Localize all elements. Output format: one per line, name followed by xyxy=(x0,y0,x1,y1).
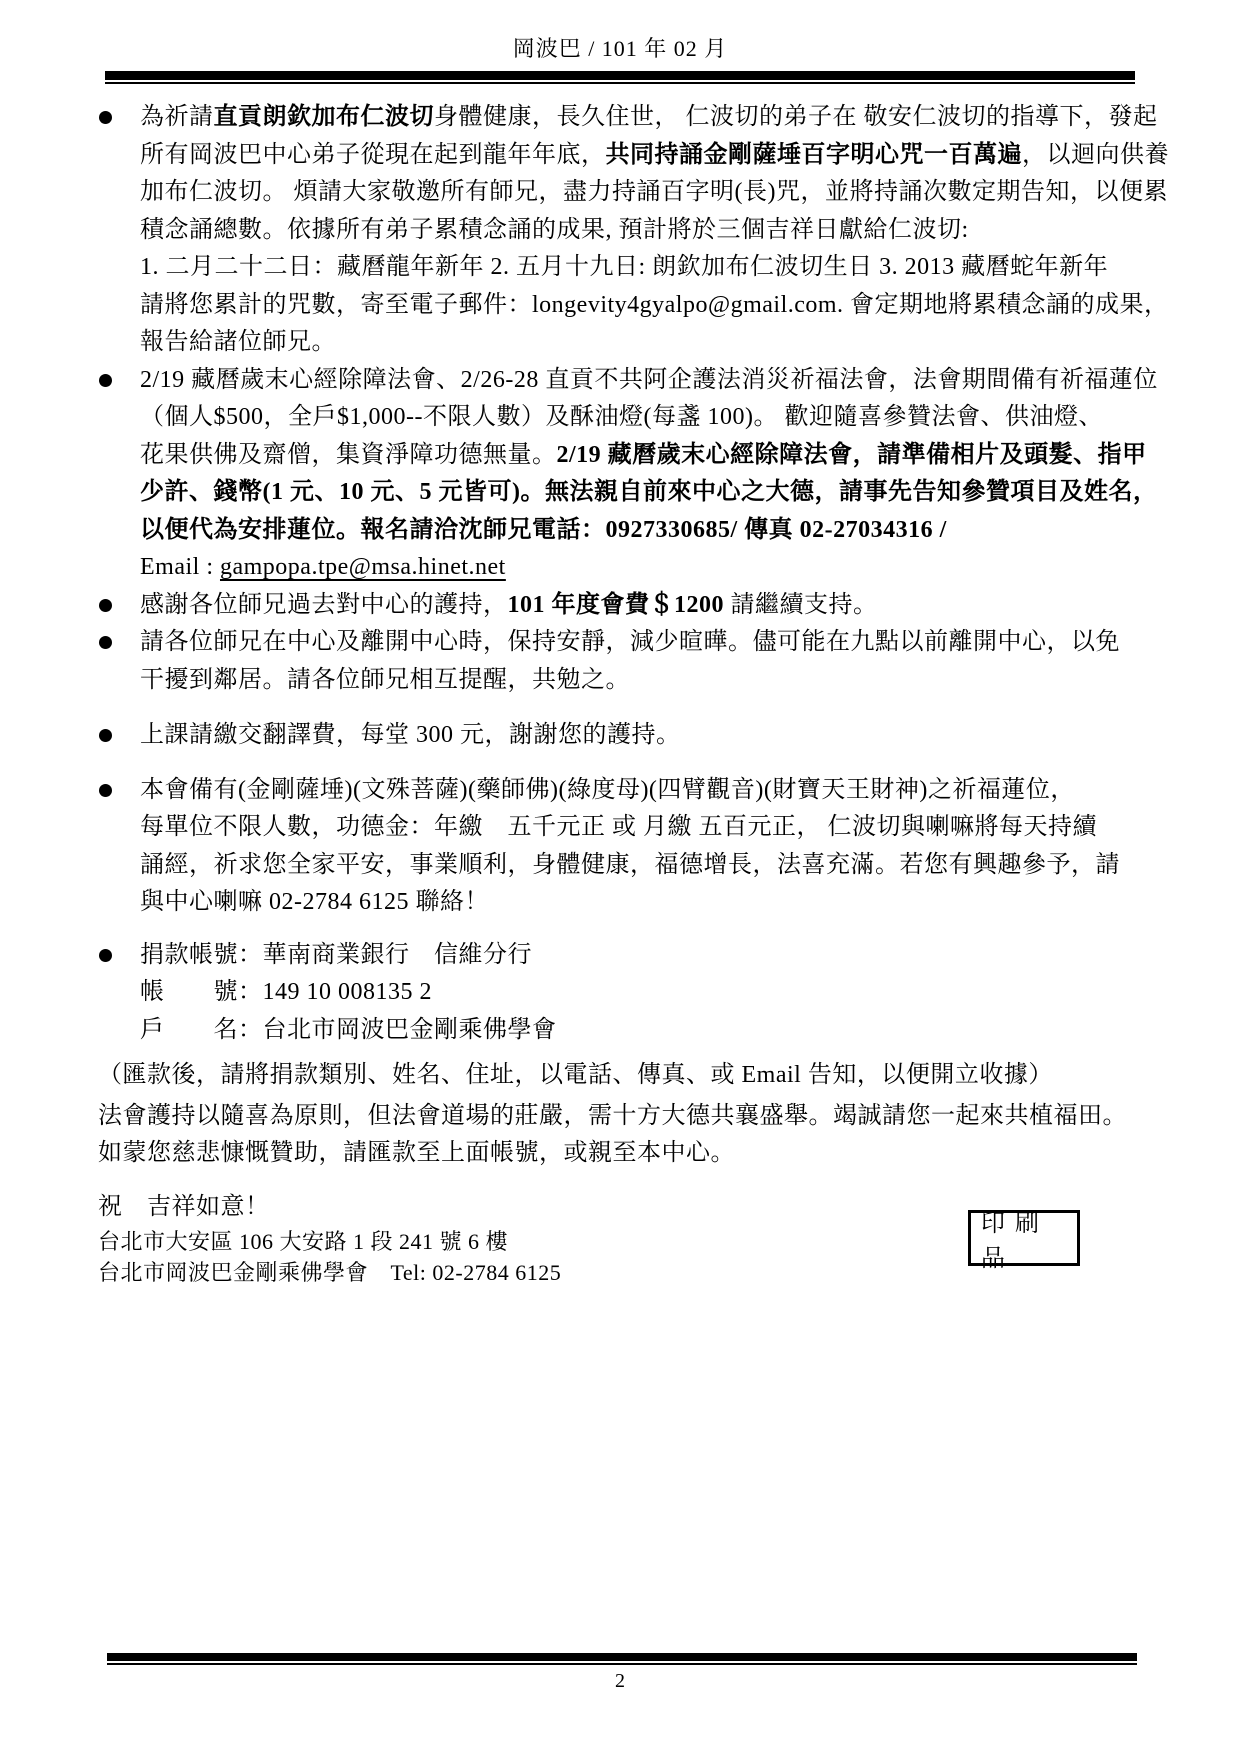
text-line: 為祈請直貢朗欽加布仁波切身體健康，長久住世， 仁波切的弟子在 敬安仁波切的指導下… xyxy=(140,99,1180,137)
notice-longevity-practice: 為祈請直貢朗欽加布仁波切身體健康，長久住世， 仁波切的弟子在 敬安仁波切的指導下… xyxy=(140,99,1180,362)
bullet-icon xyxy=(99,111,112,124)
text-line: 與中心喇嘛 02-2784 6125 聯絡！ xyxy=(140,884,1180,922)
text-run: （匯款後，請將捐款類別、姓名、住址，以電話、傳真、或 Email 告知，以便開立… xyxy=(98,1062,1053,1088)
notice-quiet: 請各位師兄在中心及離開中心時，保持安靜，減少暄曄。儘可能在九點以前離開中心，以免… xyxy=(140,624,1180,699)
text-line: 捐款帳號：華南商業銀行 信維分行 xyxy=(140,937,1180,975)
text-run: （個人$500，全戶$1,000--不限人數）及酥油燈(每盞 100)。 歡迎隨… xyxy=(140,404,1103,430)
document-body: 為祈請直貢朗欽加布仁波切身體健康，長久住世， 仁波切的弟子在 敬安仁波切的指導下… xyxy=(0,84,1240,1288)
notice-donation-account: 捐款帳號：華南商業銀行 信維分行帳 號：149 10 008135 2戶 名：台… xyxy=(140,937,1180,1050)
text-run: 如蒙您慈悲慷慨贊助，請匯款至上面帳號，或親至本中心。 xyxy=(98,1140,735,1166)
bullet-icon xyxy=(99,374,112,387)
text-run: 與中心喇嘛 02-2784 6125 聯絡！ xyxy=(140,889,489,915)
text-line: 以便代為安排蓮位。報名請洽沈師兄電話：0927330685/ 傳真 02-270… xyxy=(140,512,1180,550)
text-line: 如蒙您慈悲慷慨贊助，請匯款至上面帳號，或親至本中心。 xyxy=(98,1135,1180,1173)
bullet-icon xyxy=(99,636,112,649)
text-line: （個人$500，全戶$1,000--不限人數）及酥油燈(每盞 100)。 歡迎隨… xyxy=(140,399,1180,437)
text-run: 干擾到鄰居。請各位師兄相互提醒，共勉之。 xyxy=(140,667,630,693)
footer-divider-thin-line xyxy=(107,1663,1137,1665)
page-number: 2 xyxy=(0,1668,1240,1694)
text-run: Email : xyxy=(140,554,220,580)
text-run: 上課請繳交翻譯費，每堂 300 元，謝謝您的護持。 xyxy=(140,722,681,748)
text-run: 每單位不限人數，功德金：年繳 五千元正 或 月繳 五百元正， 仁波切與喇嘛將每天… xyxy=(140,814,1097,840)
text-line: 帳 號：149 10 008135 2 xyxy=(140,974,1180,1012)
text-run: 1. 二月二十二日：藏曆龍年新年 2. 五月十九日: 朗欽加布仁波切生日 3. … xyxy=(140,254,1108,280)
text-line: 干擾到鄰居。請各位師兄相互提醒，共勉之。 xyxy=(140,662,1180,700)
text-line: 所有岡波巴中心弟子從現在起到龍年年底，共同持誦金剛薩埵百字明心咒一百萬遍，以迴向… xyxy=(140,137,1180,175)
header-divider-thick-line xyxy=(105,71,1135,80)
para-dharma-support: 法會護持以隨喜為原則，但法會道場的莊嚴，需十方大德共襄盛舉。竭誠請您一起來共植福… xyxy=(98,1098,1180,1173)
note-remittance: （匯款後，請將捐款類別、姓名、住址，以電話、傳真、或 Email 告知，以便開立… xyxy=(98,1057,1180,1095)
text-run: 捐款帳號：華南商業銀行 信維分行 xyxy=(140,942,532,968)
text-run: 2/19 藏曆歲末心經除障法會、2/26-28 直貢不共阿企護法消災祈福法會，法… xyxy=(140,367,1158,393)
text-line: 1. 二月二十二日：藏曆龍年新年 2. 五月十九日: 朗欽加布仁波切生日 3. … xyxy=(140,249,1180,287)
text-line: 請將您累計的咒數，寄至電子郵件：longevity4gyalpo@gmail.c… xyxy=(140,287,1180,325)
bullet-icon xyxy=(99,784,112,797)
text-run: 誦經，祈求您全家平安，事業順利，身體健康，福德增長，法喜充滿。若您有興趣參予，請 xyxy=(140,852,1120,878)
text-run: 101 年度會費＄1200 xyxy=(508,592,725,618)
text-line: 積念誦總數。依據所有弟子累積念誦的成果, 預計將於三個吉祥日獻給仁波切: xyxy=(140,212,1180,250)
text-line: 加布仁波切。 煩請大家敬邀所有師兄，盡力持誦百字明(長)咒，並將持誦次數定期告知… xyxy=(140,174,1180,212)
text-line: 法會護持以隨喜為原則，但法會道場的莊嚴，需十方大德共襄盛舉。竭誠請您一起來共植福… xyxy=(98,1098,1180,1136)
text-run: ，以迴向供養 xyxy=(1022,142,1169,168)
text-line: 上課請繳交翻譯費，每堂 300 元，謝謝您的護持。 xyxy=(140,717,1180,755)
text-line: 請各位師兄在中心及離開中心時，保持安靜，減少暄曄。儘可能在九點以前離開中心，以免 xyxy=(140,624,1180,662)
text-line: （匯款後，請將捐款類別、姓名、住址，以電話、傳真、或 Email 告知，以便開立… xyxy=(98,1057,1180,1095)
text-run: 台北市大安區 106 大安路 1 段 241 號 6 樓 xyxy=(98,1229,508,1254)
text-run: 以便代為安排蓮位。報名請洽沈師兄電話：0927330685/ 傳真 02-270… xyxy=(140,517,947,543)
text-line: 戶 名：台北市岡波巴金剛乘佛學會 xyxy=(140,1012,1180,1050)
text-run: 所有岡波巴中心弟子從現在起到龍年年底， xyxy=(140,142,606,168)
notice-translation-fee: 上課請繳交翻譯費，每堂 300 元，謝謝您的護持。 xyxy=(140,717,1180,755)
text-line: 感謝各位師兄過去對中心的護持，101 年度會費＄1200 請繼續支持。 xyxy=(140,587,1180,625)
text-run: 加布仁波切。 煩請大家敬邀所有師兄，盡力持誦百字明(長)咒，並將持誦次數定期告知… xyxy=(140,179,1168,205)
text-line: 本會備有(金剛薩埵)(文殊菩薩)(藥師佛)(綠度母)(四臂觀音)(財寶天王財神)… xyxy=(140,772,1180,810)
text-run: 請各位師兄在中心及離開中心時，保持安靜，減少暄曄。儘可能在九點以前離開中心，以免 xyxy=(140,629,1120,655)
text-run: 祝 吉祥如意！ xyxy=(98,1194,270,1220)
document-page: 岡波巴 / 101 年 02 月 為祈請直貢朗欽加布仁波切身體健康，長久住世， … xyxy=(0,0,1240,1754)
text-line: 2/19 藏曆歲末心經除障法會、2/26-28 直貢不共阿企護法消災祈福法會，法… xyxy=(140,362,1180,400)
text-run: 請繼續支持。 xyxy=(724,592,878,618)
text-run: 報告給諸位師兄。 xyxy=(140,329,336,355)
notice-pujas: 2/19 藏曆歲末心經除障法會、2/26-28 直貢不共阿企護法消災祈福法會，法… xyxy=(140,362,1180,587)
text-line: 花果供佛及齋僧，集資淨障功德無量。2/19 藏曆歲末心經除障法會，請準備相片及頭… xyxy=(140,437,1180,475)
text-run: 身體健康，長久住世， 仁波切的弟子在 敬安仁波切的指導下，發起 xyxy=(434,104,1158,130)
text-run: 帳 號：149 10 008135 2 xyxy=(140,979,432,1005)
bullet-icon xyxy=(99,599,112,612)
page-header-title: 岡波巴 / 101 年 02 月 xyxy=(0,0,1240,62)
footer-divider xyxy=(107,1653,1137,1665)
text-line: 少許、錢幣(1 元、10 元、5 元皆可)。無法親自前來中心之大德，請事先告知參… xyxy=(140,474,1180,512)
header-divider xyxy=(105,71,1135,84)
bullet-icon xyxy=(99,949,112,962)
text-run: 花果供佛及齋僧，集資淨障功德無量。 xyxy=(140,442,557,468)
text-run: 積念誦總數。依據所有弟子累積念誦的成果, 預計將於三個吉祥日獻給仁波切: xyxy=(140,217,969,243)
bullet-icon xyxy=(99,729,112,742)
text-run: 請將您累計的咒數，寄至電子郵件：longevity4gyalpo@gmail.c… xyxy=(140,292,1169,318)
text-run: 台北市岡波巴金剛乘佛學會 Tel: 02-2784 6125 xyxy=(98,1260,561,1285)
notice-membership-fee: 感謝各位師兄過去對中心的護持，101 年度會費＄1200 請繼續支持。 xyxy=(140,587,1180,625)
text-line: 每單位不限人數，功德金：年繳 五千元正 或 月繳 五百元正， 仁波切與喇嘛將每天… xyxy=(140,809,1180,847)
text-line: 誦經，祈求您全家平安，事業順利，身體健康，福德增長，法喜充滿。若您有興趣參予，請 xyxy=(140,847,1180,885)
text-run: 戶 名：台北市岡波巴金剛乘佛學會 xyxy=(140,1017,557,1043)
text-run: 2/19 藏曆歲末心經除障法會，請準備相片及頭髮、指甲 xyxy=(557,442,1147,468)
text-line: 報告給諸位師兄。 xyxy=(140,324,1180,362)
text-run: 感謝各位師兄過去對中心的護持， xyxy=(140,592,508,618)
email-link[interactable]: gampopa.tpe@msa.hinet.net xyxy=(220,554,506,580)
printed-matter-label: 印刷品 xyxy=(981,1203,1077,1273)
text-run: 法會護持以隨喜為原則，但法會道場的莊嚴，需十方大德共襄盛舉。竭誠請您一起來共植福… xyxy=(98,1103,1127,1129)
text-run: 少許、錢幣(1 元、10 元、5 元皆可)。無法親自前來中心之大德，請事先告知參… xyxy=(140,479,1157,505)
text-run: 本會備有(金剛薩埵)(文殊菩薩)(藥師佛)(綠度母)(四臂觀音)(財寶天王財神)… xyxy=(140,777,1075,803)
text-run: 共同持誦金剛薩埵百字明心咒一百萬遍 xyxy=(606,142,1023,168)
text-run: 直貢朗欽加布仁波切 xyxy=(214,104,435,130)
printed-matter-stamp: 印刷品 xyxy=(968,1210,1080,1266)
text-run: 為祈請 xyxy=(140,104,214,130)
footer-divider-thick-line xyxy=(107,1653,1137,1661)
text-line: Email : gampopa.tpe@msa.hinet.net xyxy=(140,549,1180,587)
notice-blessing-seats: 本會備有(金剛薩埵)(文殊菩薩)(藥師佛)(綠度母)(四臂觀音)(財寶天王財神)… xyxy=(140,772,1180,922)
